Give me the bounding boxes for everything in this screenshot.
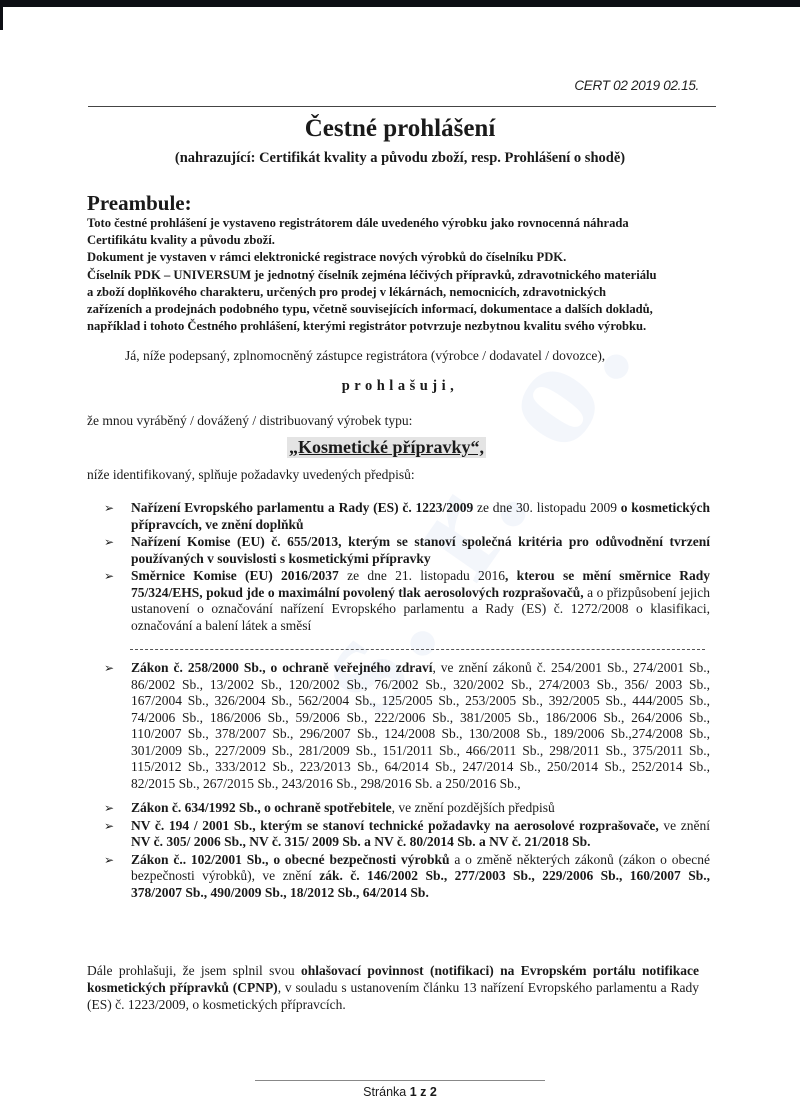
preamble-line: zařízeních a prodejnách podobného typu, …	[87, 301, 727, 318]
preamble-line: například i tohoto Čestného prohlášení, …	[87, 318, 727, 335]
arrowhead-bullet-icon: ➢	[104, 568, 114, 585]
closing-text: Dále prohlašuji, že jsem splnil svou	[87, 963, 301, 978]
scan-border-top	[0, 0, 800, 7]
page-label: Stránka	[363, 1085, 406, 1099]
regulation-item: ➢Směrnice Komise (EU) 2016/2037 ze dne 2…	[100, 568, 710, 634]
product-type: „Kosmetické přípravky“,	[287, 437, 486, 458]
certificate-code: CERT 02 2019 02.15.	[574, 78, 699, 93]
arrowhead-bullet-icon: ➢	[104, 500, 114, 517]
declare-word: prohlašuji,	[0, 378, 800, 395]
preamble-heading: Preambule:	[87, 191, 192, 216]
arrowhead-bullet-icon: ➢	[104, 800, 114, 817]
preamble-line: Číselník PDK – UNIVERSUM je jednotný čís…	[87, 267, 727, 284]
arrowhead-bullet-icon: ➢	[104, 818, 114, 835]
regulation-item: ➢NV č. 194 / 2001 Sb., kterým se stanoví…	[100, 818, 710, 851]
regulation-text: NV č. 194 / 2001 Sb., kterým se stanoví …	[131, 818, 659, 833]
arrowhead-bullet-icon: ➢	[104, 534, 114, 551]
regulation-text: ve znění	[659, 818, 710, 833]
regulation-text: ze dne 21. listopadu 2016	[339, 568, 505, 583]
footer-rule	[255, 1080, 545, 1081]
eu-regulations-list: ➢Nařízení Evropského parlamentu a Rady (…	[100, 500, 710, 634]
identified-line: níže identifikovaný, splňuje požadavky u…	[87, 467, 415, 483]
regulation-item: ➢Zákon č. 258/2000 Sb., o ochraně veřejn…	[100, 660, 710, 792]
document-title: Čestné prohlášení	[0, 115, 800, 143]
scan-corner	[3, 7, 13, 17]
regulation-text: Zákon č. 258/2000 Sb., o ochraně veřejné…	[131, 660, 432, 675]
preamble-line: Dokument je vystaven v rámci elektronick…	[87, 249, 727, 266]
closing-paragraph: Dále prohlašuji, že jsem splnil svou ohl…	[87, 962, 699, 1013]
regulation-text: Zákon č. 634/1992 Sb., o ochraně spotřeb…	[131, 800, 392, 815]
arrowhead-bullet-icon: ➢	[104, 852, 114, 869]
regulation-text: ze dne 30. listopadu 2009	[473, 500, 620, 515]
product-type-line: že mnou vyráběný / dovážený / distribuov…	[87, 413, 412, 429]
regulation-text: NV č. 305/ 2006 Sb., NV č. 315/ 2009 Sb.…	[131, 834, 591, 849]
cz-regulations-list: ➢Zákon č. 258/2000 Sb., o ochraně veřejn…	[100, 660, 710, 901]
regulation-text: , ve znění pozdějších předpisů	[392, 800, 555, 815]
regulation-item: ➢Nařízení Komise (EU) č. 655/2013, který…	[100, 534, 710, 567]
current-page: 1	[410, 1085, 417, 1099]
regulation-text: Nařízení Komise (EU) č. 655/2013, kterým…	[131, 534, 710, 566]
preamble-line: Certifikátu kvality a původu zboží.	[87, 232, 727, 249]
preamble-text: Toto čestné prohlášení je vystaveno regi…	[87, 215, 727, 335]
document-subtitle: (nahrazující: Certifikát kvality a původ…	[0, 150, 800, 167]
regulation-item: ➢Nařízení Evropského parlamentu a Rady (…	[100, 500, 710, 533]
preamble-line: a zboží doplňkového charakteru, určených…	[87, 284, 727, 301]
regulation-item: ➢Zákon č. 634/1992 Sb., o ochraně spotře…	[100, 800, 710, 817]
regulation-text: Směrnice Komise (EU) 2016/2037	[131, 568, 339, 583]
regulation-text: , ve znění zákonů č. 254/2001 Sb., 274/2…	[131, 660, 710, 791]
total-pages: 2	[430, 1085, 437, 1099]
regulation-text: Zákon č.. 102/2001 Sb., o obecné bezpečn…	[131, 852, 450, 867]
header-rule	[88, 106, 716, 107]
regulation-item: ➢Zákon č.. 102/2001 Sb., o obecné bezpeč…	[100, 852, 710, 902]
preamble-line: Toto čestné prohlášení je vystaveno regi…	[87, 215, 727, 232]
regulation-text: Nařízení Evropského parlamentu a Rady (E…	[131, 500, 473, 515]
declarant-line: Já, níže podepsaný, zplnomocněný zástupc…	[125, 348, 605, 364]
page-sep: z	[420, 1085, 426, 1099]
dashed-separator	[130, 649, 705, 650]
arrowhead-bullet-icon: ➢	[104, 660, 114, 677]
page-number: Stránka 1 z 2	[0, 1085, 800, 1099]
